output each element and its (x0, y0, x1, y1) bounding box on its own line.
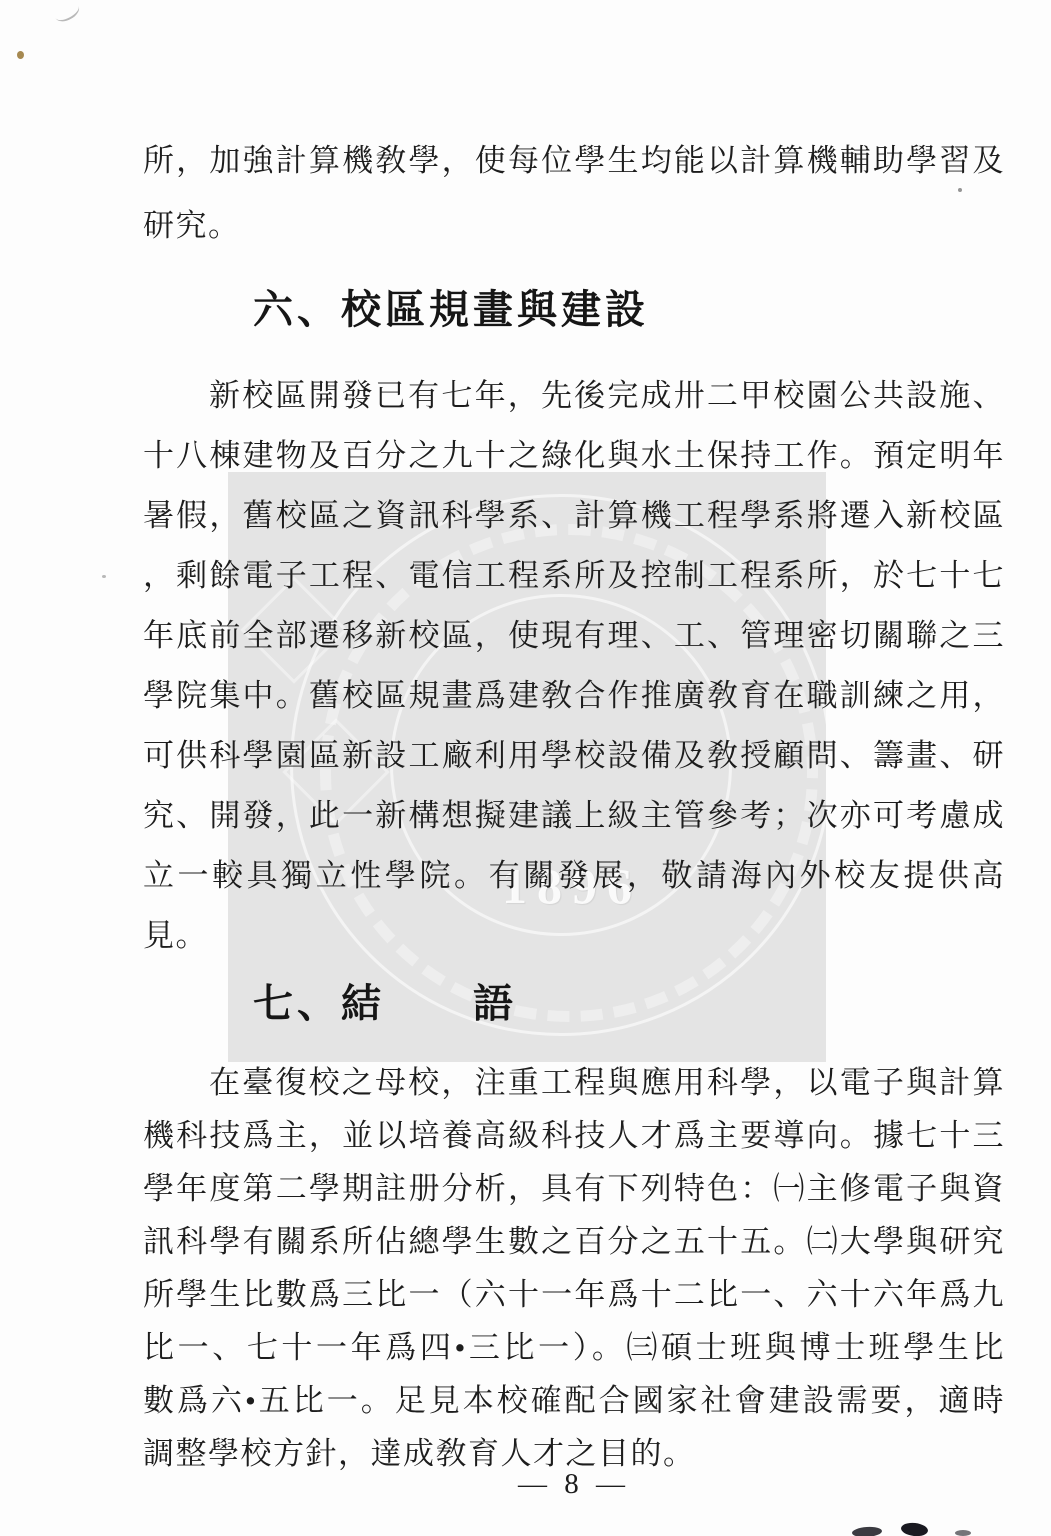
text-line: 新校區開發已有七年，先後完成卅二甲校園公共設施、 (143, 366, 1005, 426)
text-line: 數爲六•五比一。足見本校確配合國家社會建設需要，適時 (143, 1374, 1005, 1427)
text-line: 暑假，舊校區之資訊科學系、計算機工程學系將遷入新校區 (143, 486, 1005, 546)
section7-heading: 七、結 語 (253, 972, 517, 1029)
text-line: 十八棟建物及百分之九十之綠化與水土保持工作。預定明年 (143, 426, 1005, 486)
text-line: 在臺復校之母校，注重工程與應用科學，以電子與計算 (143, 1056, 1005, 1109)
text-line: 學年度第二學期註册分析，具有下列特色：㈠主修電子與資 (143, 1162, 1005, 1215)
text-line: 年底前全部遷移新校區，使現有理、工、管理密切關聯之三 (143, 606, 1005, 666)
page-number: — 8 — (143, 1468, 1005, 1501)
text-line: 所學生比數爲三比一（六十一年爲十二比一、六十六年爲九 (143, 1268, 1005, 1321)
text-line: 見。 (143, 906, 1005, 966)
text-line: 可供科學園區新設工廠利用學校設備及敎授顧問、籌畫、研 (143, 726, 1005, 786)
text-line: 機科技爲主，並以培養高級科技人才爲主要導向。據七十三 (143, 1109, 1005, 1162)
text-line: 立一較具獨立性學院。有關發展，敬請海內外校友提供高 (143, 846, 1005, 906)
section6-heading: 六、校區規畫與建設 (253, 278, 649, 335)
text-line: ，剩餘電子工程、電信工程系所及控制工程系所，於七十七 (143, 546, 1005, 606)
text-line: 學院集中。舊校區規畫爲建敎合作推廣敎育在職訓練之用， (143, 666, 1005, 726)
document-page: 1896 所，加強計算機敎學，使每位學生均能以計算機輔助學習及 研究。 六、校區… (0, 0, 1051, 1536)
speck-artifact (102, 575, 106, 578)
intro-paragraph: 所，加強計算機敎學，使每位學生均能以計算機輔助學習及 研究。 (143, 128, 1005, 258)
pen-scribble-artifact (52, 0, 82, 25)
stain-dot-artifact (17, 51, 24, 59)
speck-artifact (958, 188, 962, 192)
section6-paragraph: 新校區開發已有七年，先後完成卅二甲校園公共設施、 十八棟建物及百分之九十之綠化與… (143, 366, 1005, 966)
text-line: 研究。 (143, 193, 1005, 258)
ink-mark-artifact (900, 1522, 928, 1536)
section7-paragraph: 在臺復校之母校，注重工程與應用科學，以電子與計算 機科技爲主，並以培養高級科技人… (143, 1056, 1005, 1480)
text-line: 訊科學有關系所佔總學生數之百分之五十五。㈡大學與研究 (143, 1215, 1005, 1268)
text-line: 比一、七十一年爲四•三比一）。㈢碩士班與博士班學生比 (143, 1321, 1005, 1374)
text-line: 所，加強計算機敎學，使每位學生均能以計算機輔助學習及 (143, 128, 1005, 193)
ink-mark-artifact (852, 1526, 883, 1536)
ink-mark-artifact (955, 1530, 971, 1536)
text-line: 究、開發，此一新構想擬建議上級主管參考；次亦可考慮成 (143, 786, 1005, 846)
